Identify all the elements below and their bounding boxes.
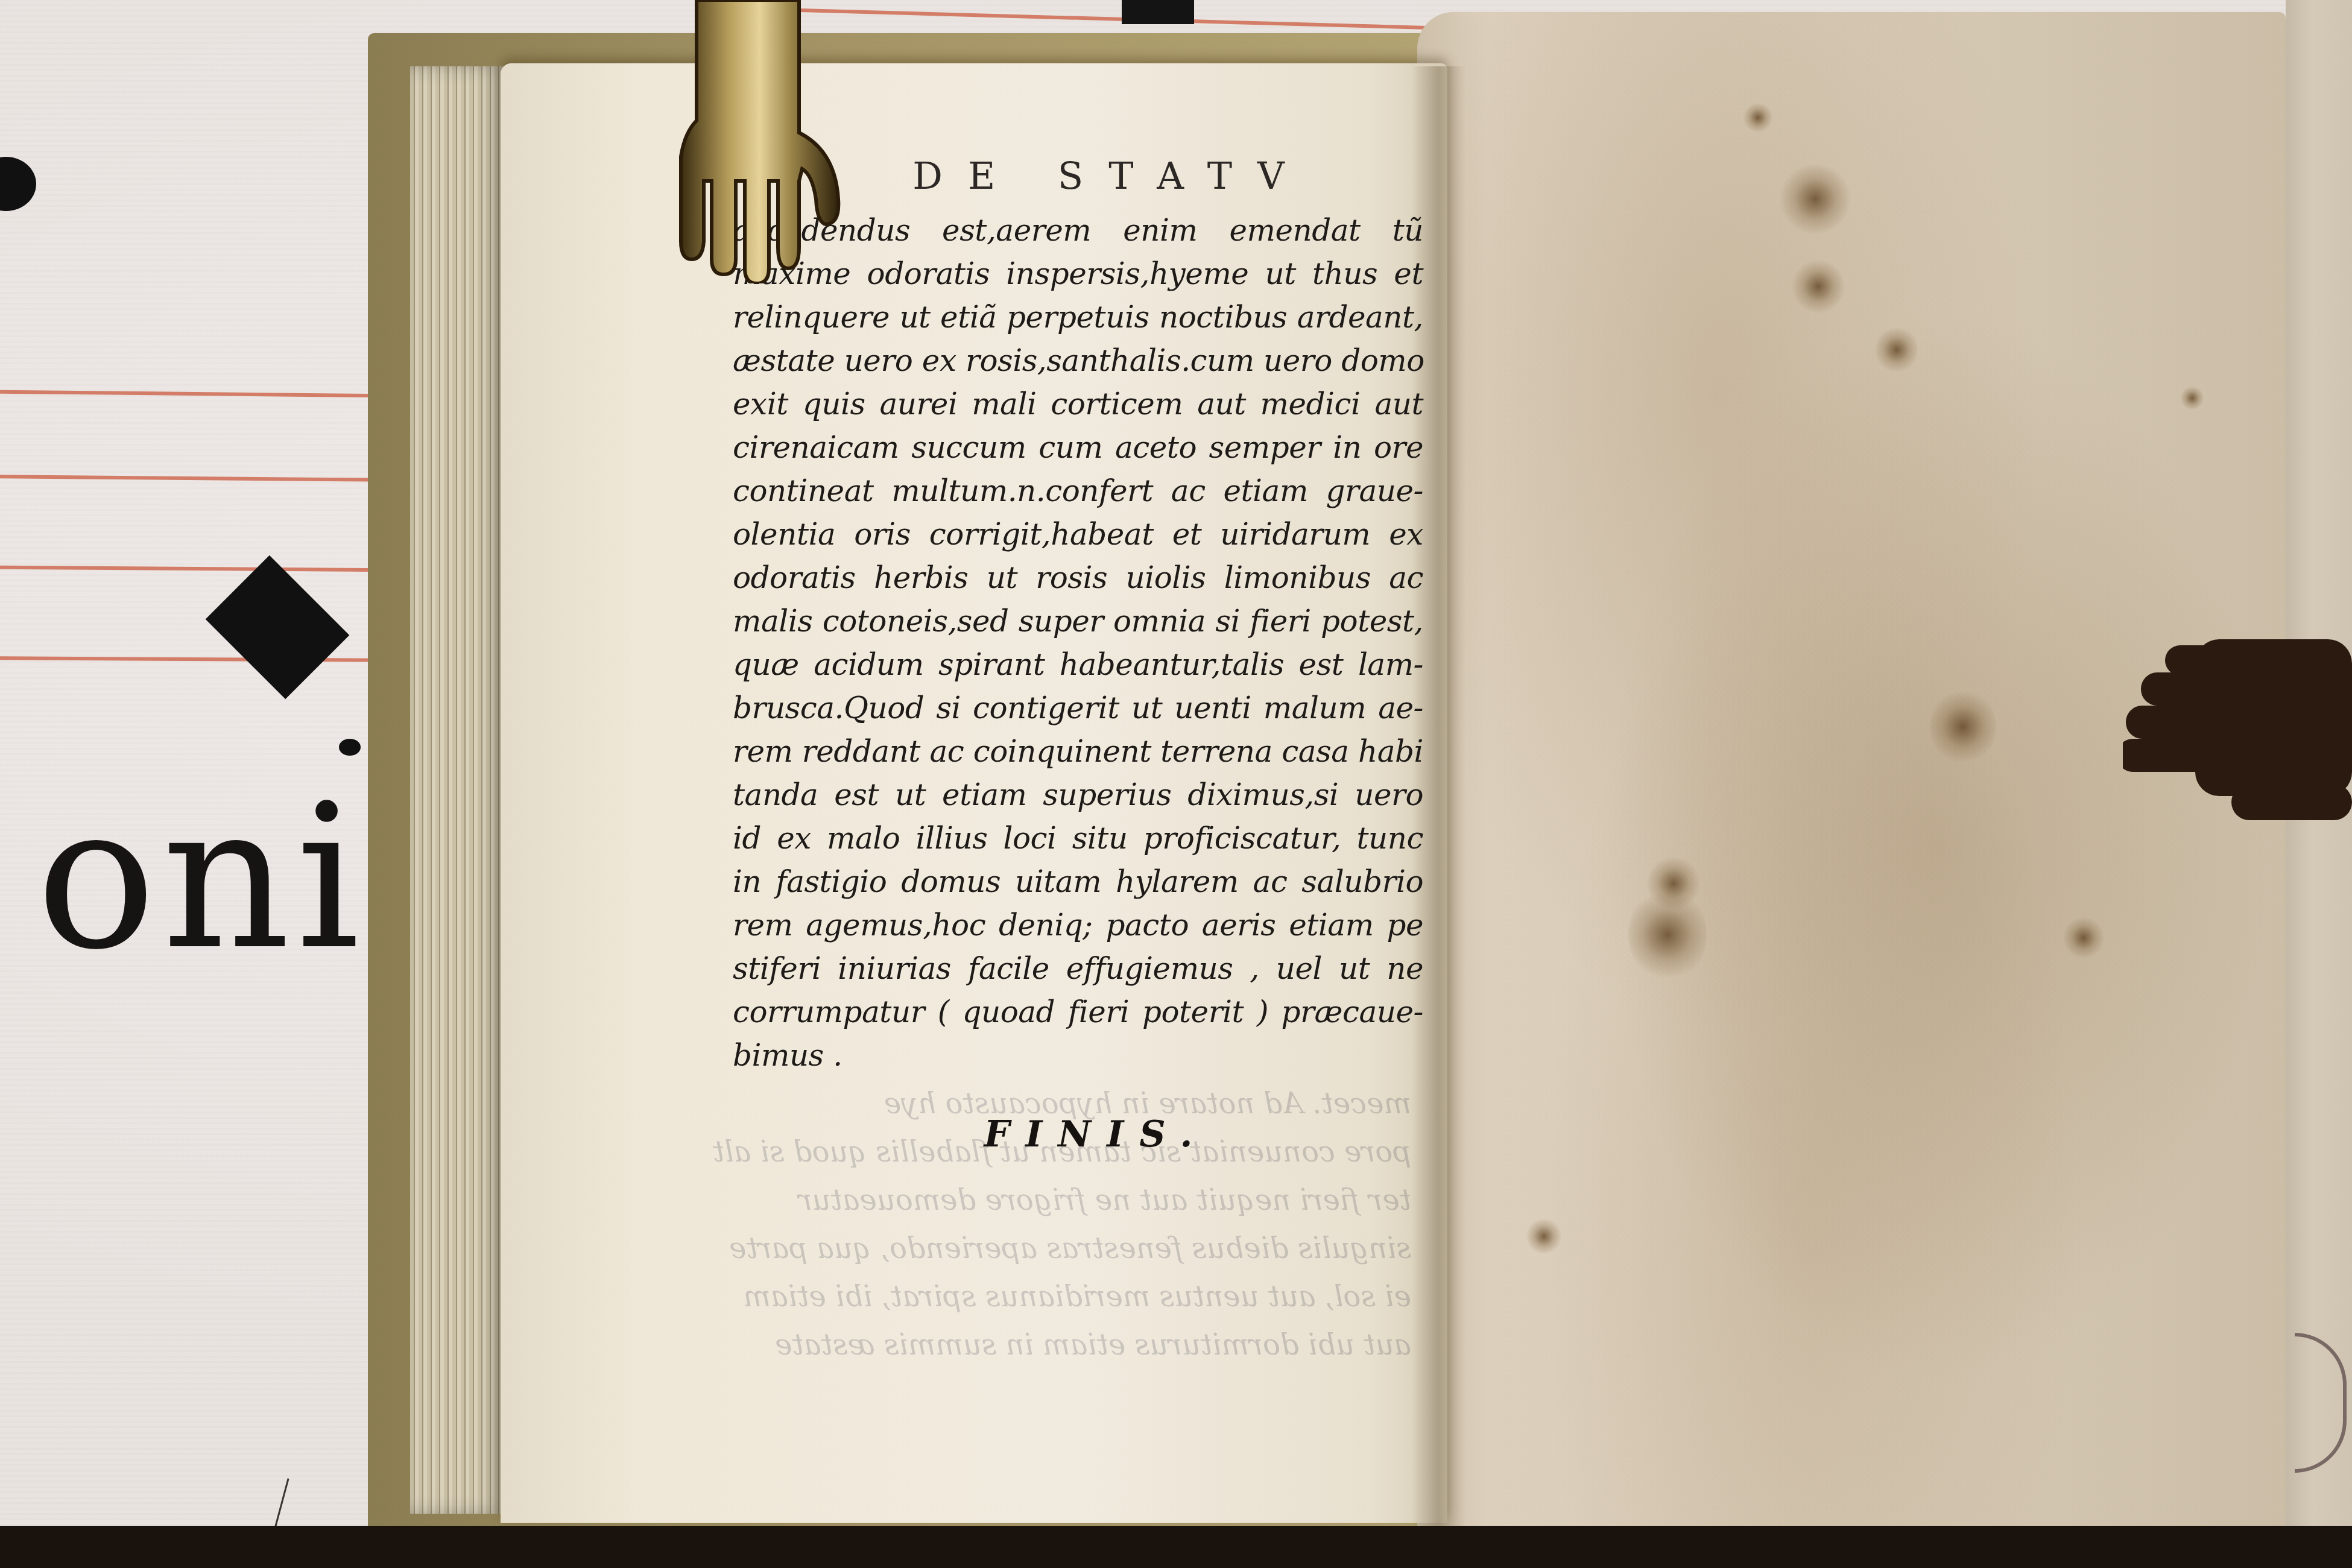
foxing-spot (1930, 688, 1996, 766)
text-line: id ex malo illius loci situ proficiscatu… (733, 817, 1423, 860)
text-line: cirenaicam succum cum aceto semper in or… (733, 426, 1423, 469)
neume-block-top (1122, 0, 1194, 24)
neume-dot (339, 739, 361, 756)
foxing-spot (1779, 163, 1851, 235)
foxing-spot (1526, 1218, 1562, 1254)
text-line: corrumpatur ( quoad fieri poterit ) præc… (733, 990, 1423, 1034)
table-surface (0, 1526, 2352, 1568)
neume-dot-left (0, 157, 36, 211)
foxing-spot (1876, 326, 1918, 374)
staff-line (0, 566, 386, 572)
running-head: DE STATV (799, 154, 1423, 198)
text-line: tanda est ut etiam superius diximus,si u… (733, 773, 1423, 817)
text-line: rem reddant ac coinquinent terrena casa … (733, 730, 1423, 773)
text-line: relinquere ut etiã perpetuis noctibus ar… (733, 296, 1423, 339)
show-through-line: ter fieri nequit aut ne frigore demoueat… (736, 1176, 1411, 1224)
staff-line (0, 656, 386, 662)
text-line: stiferi iniurias facile effugiemus , uel… (733, 947, 1423, 990)
show-through-line: singulis diebus fenestras aperiendo, qua… (736, 1224, 1411, 1272)
text-line: æstate uero ex rosis,santhalis.cum uero … (733, 339, 1423, 382)
text-line: in fastigio domus uitam hylarem ac salub… (733, 860, 1423, 903)
staff-line (0, 390, 386, 398)
staff-line (0, 475, 386, 482)
text-line-last: bimus . (733, 1034, 1423, 1077)
text-line: contineat multum.n.confert ac etiam grau… (733, 469, 1423, 513)
text-line: olentia oris corrigit,habeat et uiridaru… (733, 513, 1423, 556)
lyric-fragment: oni (36, 778, 366, 977)
foxing-spot (2063, 917, 2105, 959)
finis-colophon: FINIS. (769, 1113, 1423, 1155)
text-line: rem agemus,hoc deniq; pacto aeris etiam … (733, 903, 1423, 947)
foxing-spot (1791, 259, 1845, 314)
foxing-spot (2180, 386, 2204, 410)
bronze-hand-weight-icon[interactable] (2123, 603, 2352, 832)
page-edges (410, 66, 507, 1514)
text-line: exit quis aurei mali corticem aut medici… (733, 382, 1423, 426)
show-through-line: ei sol, aut uentus meridianus spirat, ib… (736, 1272, 1411, 1321)
paper-tear (273, 1478, 289, 1531)
brass-hand-weight-icon[interactable] (654, 0, 847, 283)
foxing-spot (1743, 103, 1773, 133)
printed-text-block: DE STATV accedendus est,aerem enim emend… (733, 154, 1423, 1155)
show-through-line: aut ubi dormiturus etiam in summis æstat… (736, 1321, 1411, 1369)
text-line: malis cotoneis,sed super omnia si fieri … (733, 599, 1423, 643)
neume-diamond (206, 555, 350, 700)
text-line: brusca.Quod si contigerit ut uenti malum… (733, 686, 1423, 730)
foxing-spot (1628, 887, 1707, 983)
text-line: odoratis herbis ut rosis uiolis limonibu… (733, 556, 1423, 599)
text-line: quæ acidum spirant habeantur,talis est l… (733, 643, 1423, 686)
